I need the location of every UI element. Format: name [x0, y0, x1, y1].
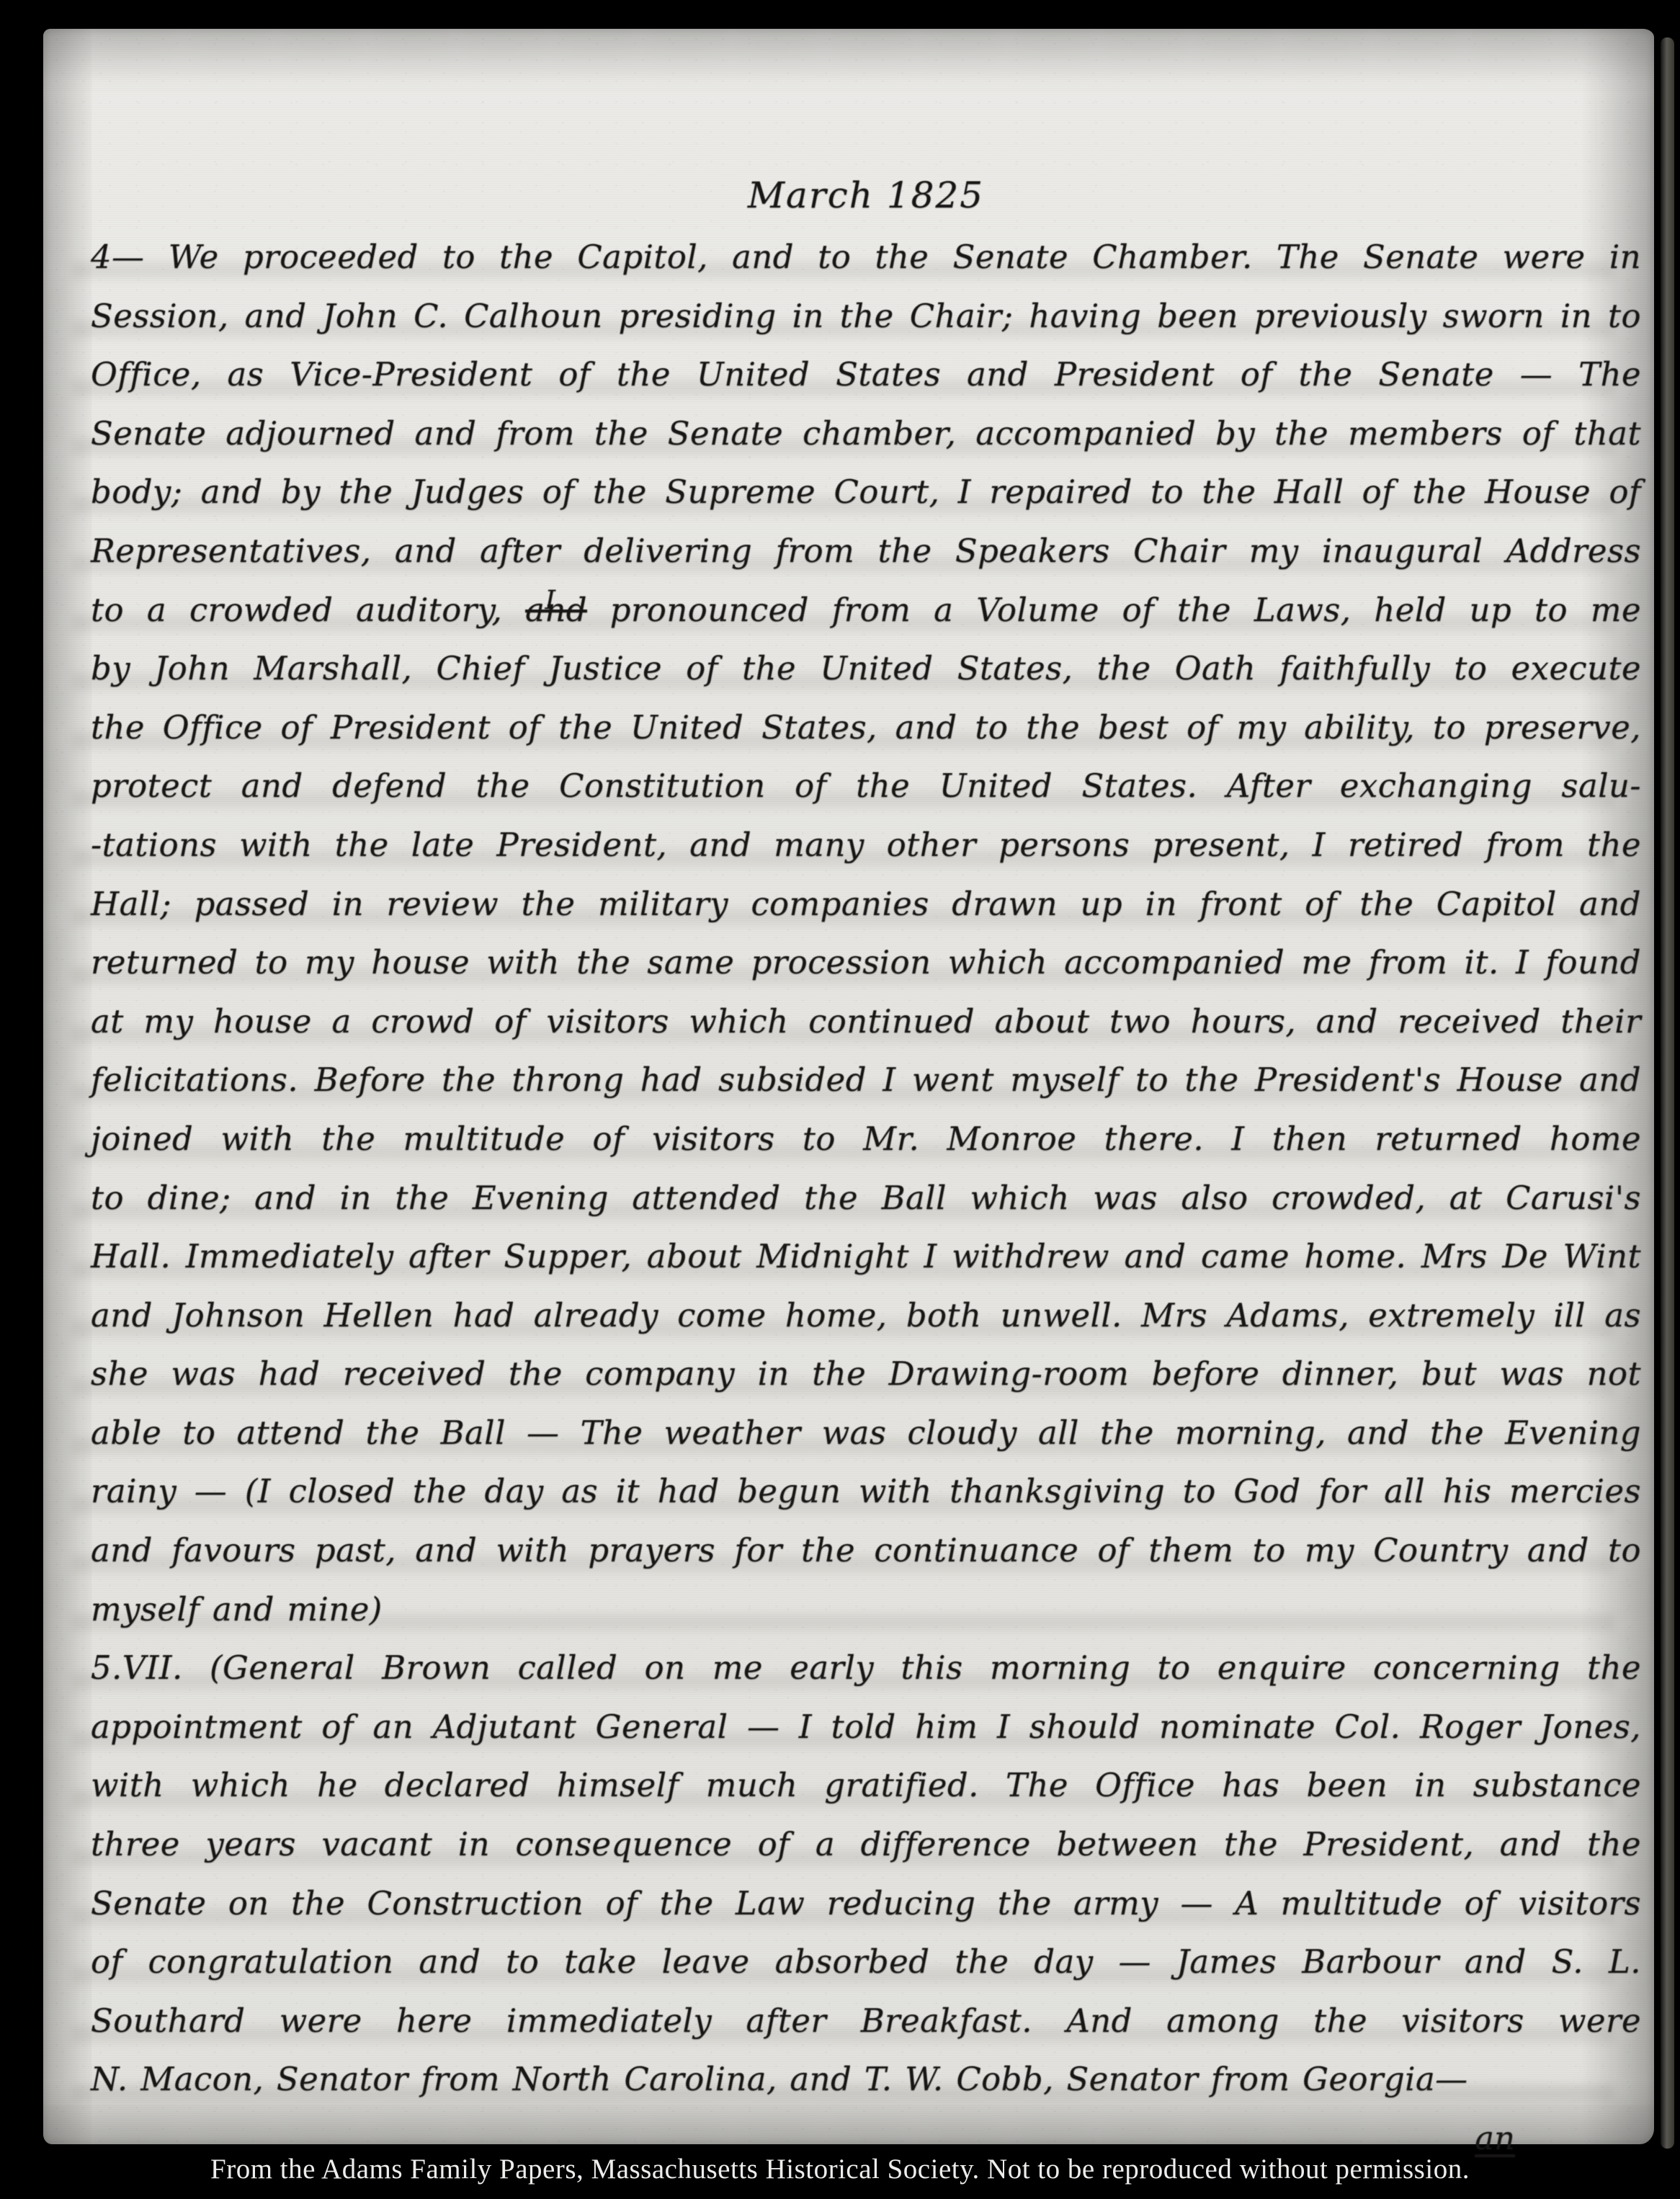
- manuscript-line: 4— We proceeded to the Capitol, and to t…: [91, 228, 1641, 287]
- manuscript-line: she was had received the company in the …: [91, 1344, 1641, 1404]
- manuscript-line: Southard were here immediately after Bre…: [91, 1991, 1641, 2051]
- line-segment: to a crowded auditory,: [91, 591, 525, 629]
- manuscript-line: Senate adjourned and from the Senate cha…: [91, 404, 1641, 463]
- archive-caption: From the Adams Family Papers, Massachuse…: [0, 2153, 1680, 2185]
- manuscript-line: Representatives, and after delivering fr…: [91, 522, 1641, 581]
- manuscript-line: rainy — (I closed the day as it had begu…: [91, 1462, 1641, 1521]
- manuscript-line: 5.VII. (General Brown called on me early…: [91, 1638, 1641, 1698]
- manuscript-line: at my house a crowd of visitors which co…: [91, 992, 1641, 1051]
- manuscript-line: joined with the multitude of visitors to…: [91, 1110, 1641, 1169]
- manuscript-line: -tations with the late President, and ma…: [91, 816, 1641, 875]
- manuscript-line: and favours past, and with prayers for t…: [91, 1521, 1641, 1580]
- manuscript-line: of congratulation and to take leave abso…: [91, 1932, 1641, 1991]
- manuscript-line: Session, and John C. Calhoun presiding i…: [91, 287, 1641, 346]
- manuscript-line: N. Macon, Senator from North Carolina, a…: [91, 2050, 1641, 2109]
- manuscript-line: felicitations. Before the throng had sub…: [91, 1051, 1641, 1110]
- manuscript-line: appointment of an Adjutant General — I t…: [91, 1698, 1641, 1757]
- diary-lines-top: 4— We proceeded to the Capitol, and to t…: [91, 228, 1641, 581]
- manuscript-line: Office, as Vice-President of the United …: [91, 345, 1641, 404]
- manuscript-line-with-insertion: to a crowded auditory, Iand pronounced f…: [91, 581, 1641, 640]
- manuscript-line: body; and by the Judges of the Supreme C…: [91, 463, 1641, 522]
- manuscript-line: protect and defend the Constitution of t…: [91, 757, 1641, 816]
- manuscript-line: Hall. Immediately after Supper, about Mi…: [91, 1227, 1641, 1286]
- adjacent-page-edge: [1661, 37, 1674, 2149]
- manuscript-line: three years vacant in consequence of a d…: [91, 1815, 1641, 1874]
- manuscript-line: Hall; passed in review the military comp…: [91, 875, 1641, 934]
- manuscript-line: able to attend the Ball — The weather wa…: [91, 1404, 1641, 1463]
- line-segment: pronounced from a Volume of the Laws, he…: [587, 591, 1641, 629]
- entry-month-heading: March 1825: [91, 163, 1641, 228]
- manuscript-line: the Office of President of the United St…: [91, 698, 1641, 757]
- manuscript-line: and Johnson Hellen had already come home…: [91, 1286, 1641, 1345]
- diary-lines-bottom: by John Marshall, Chief Justice of the U…: [91, 639, 1641, 2109]
- manuscript-text: March 1825 4— We proceeded to the Capito…: [91, 163, 1641, 2168]
- correction: Iand: [525, 591, 587, 629]
- manuscript-line: to dine; and in the Evening attended the…: [91, 1169, 1641, 1228]
- manuscript-line: myself and mine): [91, 1580, 1641, 1639]
- manuscript-line: with which he declared himself much grat…: [91, 1756, 1641, 1815]
- manuscript-page: March 1825 4— We proceeded to the Capito…: [43, 29, 1654, 2144]
- manuscript-line: by John Marshall, Chief Justice of the U…: [91, 639, 1641, 698]
- manuscript-line: returned to my house with the same proce…: [91, 933, 1641, 992]
- struck-word: and: [525, 591, 587, 629]
- manuscript-line: Senate on the Construction of the Law re…: [91, 1874, 1641, 1933]
- interlinear-insertion: I: [545, 571, 556, 630]
